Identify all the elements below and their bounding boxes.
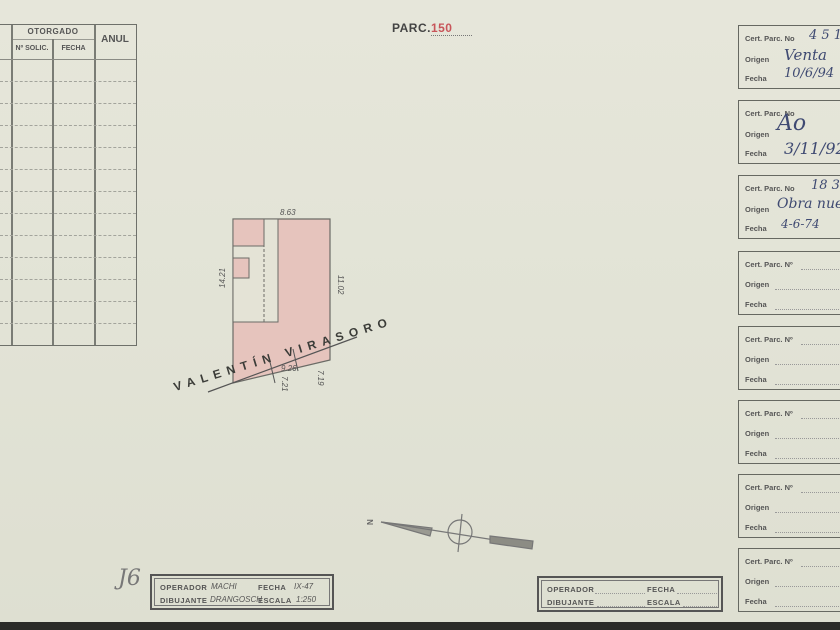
- cert-box-6: Cert. Parc. Nº Origen Fecha: [738, 400, 840, 464]
- fecha-label: FECHA: [647, 585, 675, 594]
- origen-value: Obra nue: [777, 196, 840, 212]
- fecha-value: IX-47: [294, 582, 313, 591]
- scan-edge: [0, 622, 840, 630]
- operador-label: OPERADOR: [547, 585, 594, 594]
- cert-no-label: Cert. Parc. Nº: [745, 260, 793, 269]
- cert-box-2: Cert. Parc. No Origen Ao Fecha 3/11/92: [738, 100, 840, 164]
- origen-label: Origen: [745, 130, 769, 139]
- fecha-label: Fecha: [745, 300, 767, 309]
- fecha-label: Fecha: [745, 224, 767, 233]
- cert-no-value: 4 5 1: [809, 28, 840, 43]
- fecha-label: Fecha: [745, 149, 767, 158]
- operador-label: OPERADOR: [160, 583, 207, 592]
- cert-no-label: Cert. Parc. Nº: [745, 335, 793, 344]
- dimension-top: 8.63: [280, 208, 296, 217]
- parcel-card: PARC.150 OTORGADO Nº SOLIC. FECHA ANUL: [0, 0, 840, 630]
- fecha-label: Fecha: [745, 597, 767, 606]
- cert-no-label: Cert. Parc. Nº: [745, 483, 793, 492]
- escala-label: ESCALA: [647, 598, 681, 607]
- paraph-signature: J6: [118, 566, 141, 591]
- cert-box-7: Cert. Parc. Nº Origen Fecha: [738, 474, 840, 538]
- footer-signature-box-left: OPERADOR MACHI FECHA IX-47 DIBUJANTE DRA…: [150, 574, 334, 610]
- origen-label: Origen: [745, 429, 769, 438]
- fecha-label: Fecha: [745, 523, 767, 532]
- cert-box-4: Cert. Parc. Nº Origen Fecha: [738, 251, 840, 315]
- escala-value: 1:250: [296, 595, 316, 604]
- north-arrow-icon: [381, 514, 533, 552]
- cert-no-label: Cert. Parc. No: [745, 184, 795, 193]
- origen-label: Origen: [745, 355, 769, 364]
- cert-box-8: Cert. Parc. Nº Origen Fecha: [738, 548, 840, 612]
- dimension-front-mark-2: 7.19: [316, 370, 325, 386]
- cert-box-3: Cert. Parc. No 18 3 Origen Obra nue Fech…: [738, 175, 840, 239]
- operador-value: MACHI: [211, 582, 237, 591]
- dibujante-label: DIBUJANTE: [547, 598, 594, 607]
- origen-value: Ao: [777, 111, 806, 136]
- cert-no-label: Cert. Parc. Nº: [745, 409, 793, 418]
- cert-no-value: 18 3: [811, 178, 840, 193]
- fecha-value: 10/6/94: [784, 66, 834, 81]
- fecha-value: 4-6-74: [781, 217, 820, 231]
- fecha-label: FECHA: [258, 583, 286, 592]
- cert-box-5: Cert. Parc. Nº Origen Fecha: [738, 326, 840, 390]
- dimension-front-mark-1: 7.21: [280, 376, 289, 392]
- dibujante-value: DRANGOSCH: [210, 595, 262, 604]
- fecha-label: Fecha: [745, 74, 767, 83]
- dimension-right: 11.02: [336, 275, 345, 294]
- north-label: N: [366, 519, 375, 525]
- fecha-label: Fecha: [745, 375, 767, 384]
- dimension-front: 9.26: [281, 364, 297, 373]
- dimension-left: 14.21: [218, 268, 227, 288]
- origen-label: Origen: [745, 503, 769, 512]
- cert-no-label: Cert. Parc. No: [745, 34, 795, 43]
- cert-box-1: Cert. Parc. No 4 5 1 Origen Venta Fecha …: [738, 25, 840, 89]
- cert-no-label: Cert. Parc. Nº: [745, 557, 793, 566]
- origen-label: Origen: [745, 55, 769, 64]
- origen-label: Origen: [745, 577, 769, 586]
- footer-signature-box-right: OPERADOR FECHA DIBUJANTE ESCALA: [537, 576, 723, 612]
- dibujante-label: DIBUJANTE: [160, 596, 207, 605]
- escala-label: ESCALA: [258, 596, 292, 605]
- parcel-plan: N: [0, 0, 840, 630]
- fecha-label: Fecha: [745, 449, 767, 458]
- fecha-value: 3/11/92: [784, 139, 840, 158]
- origen-value: Venta: [784, 46, 827, 64]
- origen-label: Origen: [745, 205, 769, 214]
- origen-label: Origen: [745, 280, 769, 289]
